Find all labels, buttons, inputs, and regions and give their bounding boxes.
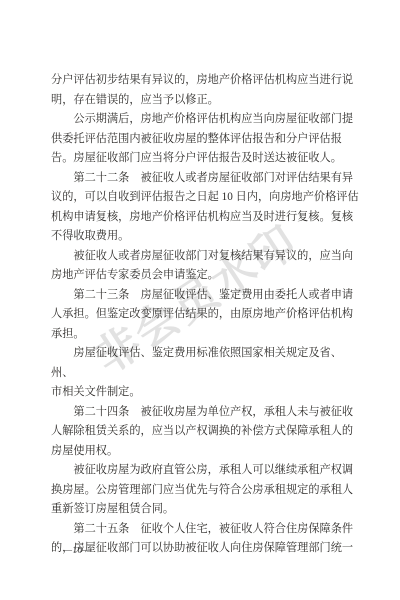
page-number: —10— [63,545,92,555]
paragraph-article-25: 第二十五条 征收个人住宅，被征收人符合住房保障条件 的，房屋征收部门可以协助被征… [51,520,359,559]
paragraph: 被征收人或者房屋征收部门对复核结果有异议的，应当向 房地产评估专家委员会申请鉴定… [51,247,359,286]
document-body: 分户评估初步结果有异议的，房地产价格评估机构应当进行说 明，存在错误的，应当予以… [51,71,359,559]
paragraph: 公示期满后，房地产价格评估机构应当向房屋征收部门提 供委托评估范围内被征收房屋的… [51,110,359,169]
scanned-document-page: 非会员水印 分户评估初步结果有异议的，房地产价格评估机构应当进行说 明，存在错误… [0,0,400,600]
paragraph: 被征收房屋为政府直管公房，承租人可以继续承租产权调 换房屋。公房管理部门应当优先… [51,461,359,520]
paragraph-article-23: 第二十三条 房屋征收评估、鉴定费用由委托人或者申请 人承担。但鉴定改变原评估结果… [51,286,359,345]
paragraph: 房屋征收评估、鉴定费用标准依照国家相关规定及省、州、 市相关文件制定。 [51,344,359,403]
paragraph-article-24: 第二十四条 被征收房屋为单位产权，承租人未与被征收 人解除租赁关系的，应当以产权… [51,403,359,462]
paragraph-continuation: 分户评估初步结果有异议的，房地产价格评估机构应当进行说 明，存在错误的，应当予以… [51,71,359,110]
paragraph-article-22: 第二十二条 被征收人或者房屋征收部门对评估结果有异 议的，可以自收到评估报告之日… [51,169,359,247]
